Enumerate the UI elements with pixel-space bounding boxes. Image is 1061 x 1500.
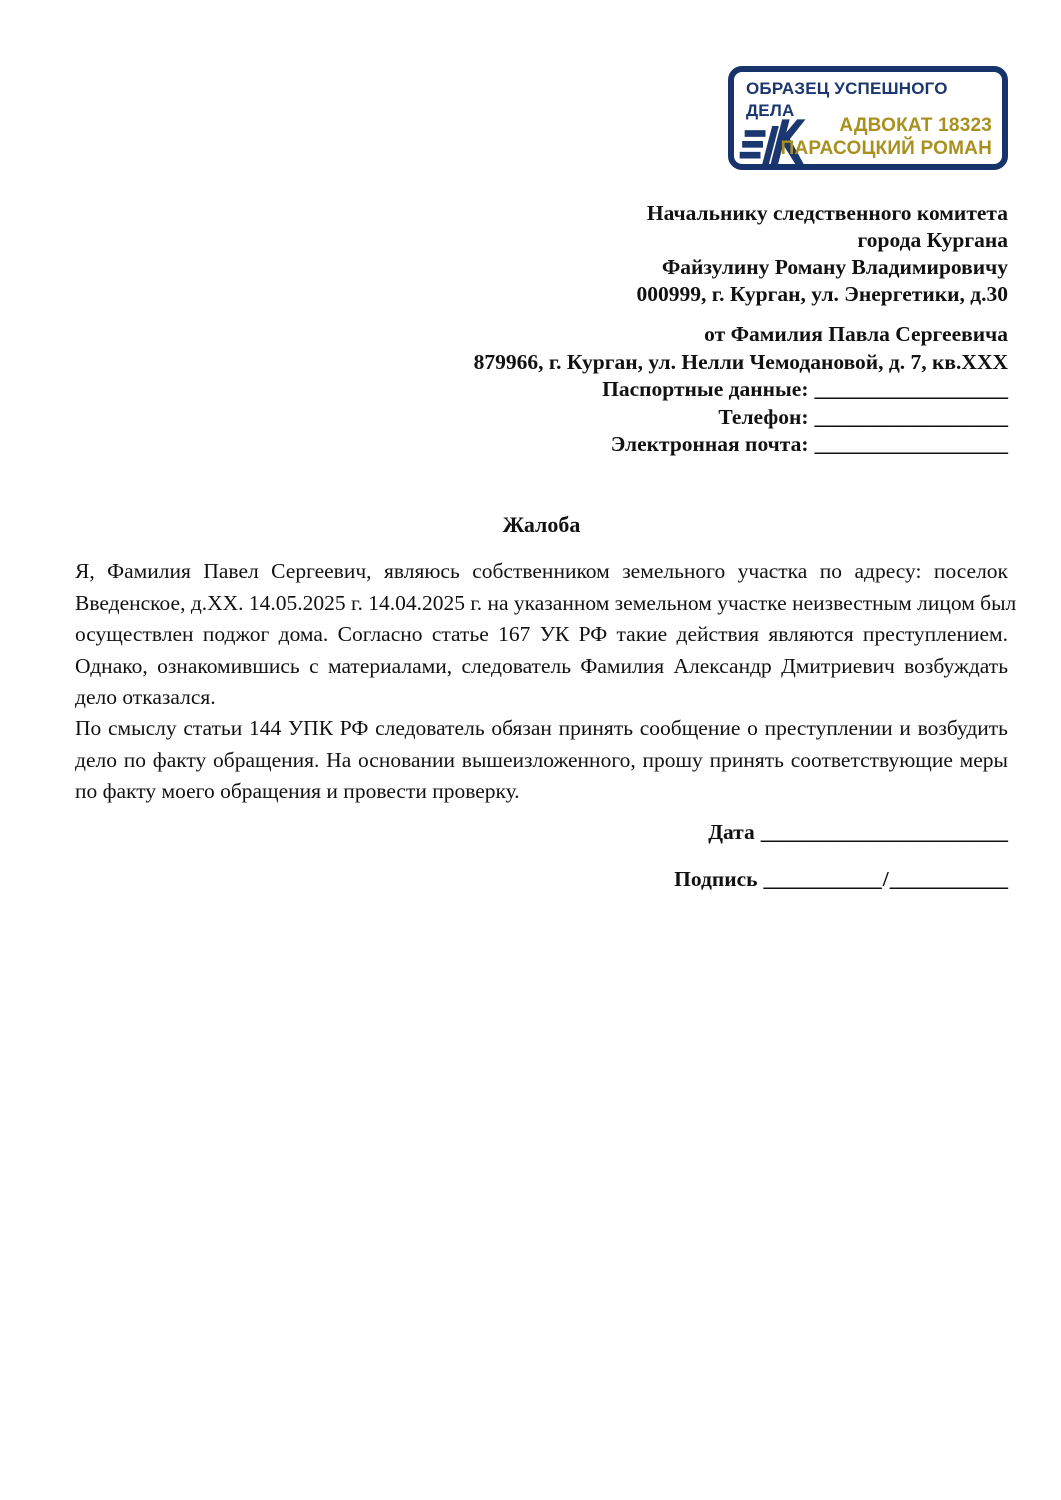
body-line: по факту моего обращения и провести пров… xyxy=(75,776,1008,808)
signature-name-blank-line: ___________ xyxy=(890,867,1008,891)
signature-label: Подпись xyxy=(674,867,757,891)
addressee-block: Начальнику следственного комитета города… xyxy=(637,200,1009,308)
applicant-block: от Фамилия Павла Сергеевича 879966, г. К… xyxy=(474,321,1008,459)
signature-field: Подпись___________/___________ xyxy=(674,867,1008,892)
complaint-paragraph-2: По смыслу статьи 144 УПК РФ следователь … xyxy=(75,713,1008,808)
slash-separator: / xyxy=(883,867,889,891)
passport-field-label: Паспортные данные: xyxy=(602,377,808,401)
advocate-name: ПАРАСОЦКИЙ РОМАН xyxy=(781,137,992,160)
body-line: Введенское, д.XX. 14.05.2025 г. 14.04.20… xyxy=(75,588,1008,620)
passport-field: Паспортные данные:__________________ xyxy=(474,376,1008,404)
lawyer-stamp: ОБРАЗЕЦ УСПЕШНОГО ДЕЛА АДВОКАТ 18323 ПАР… xyxy=(728,66,1008,170)
body-line: дело отказался. xyxy=(75,682,1008,714)
body-line: Однако, ознакомившись с материалами, сле… xyxy=(75,651,1008,683)
addressee-line: Начальнику следственного комитета xyxy=(637,200,1009,227)
email-field-label: Электронная почта: xyxy=(611,432,809,456)
addressee-line: Файзулину Роману Владимировичу xyxy=(637,254,1009,281)
body-line: осуществлен поджог дома. Согласно статье… xyxy=(75,619,1008,651)
applicant-from-line: от Фамилия Павла Сергеевича xyxy=(474,321,1008,349)
date-blank-line: _______________________ xyxy=(761,820,1008,844)
email-field: Электронная почта:__________________ xyxy=(474,431,1008,459)
passport-blank-line: __________________ xyxy=(815,377,1009,401)
advocate-number: АДВОКАТ 18323 xyxy=(781,114,992,137)
phone-field-label: Телефон: xyxy=(718,405,808,429)
body-line: Я, Фамилия Павел Сергеевич, являюсь собс… xyxy=(75,556,1008,588)
addressee-line: 000999, г. Курган, ул. Энергетики, д.30 xyxy=(637,281,1009,308)
addressee-line: города Кургана xyxy=(637,227,1009,254)
body-line: По смыслу статьи 144 УПК РФ следователь … xyxy=(75,713,1008,745)
date-field: Дата_______________________ xyxy=(708,820,1008,845)
phone-blank-line: __________________ xyxy=(815,405,1009,429)
advocate-info: АДВОКАТ 18323 ПАРАСОЦКИЙ РОМАН xyxy=(781,114,992,160)
signature-blank-line: ___________ xyxy=(764,867,882,891)
applicant-address-line: 879966, г. Курган, ул. Нелли Чемодановой… xyxy=(474,349,1008,377)
document-page: ОБРАЗЕЦ УСПЕШНОГО ДЕЛА АДВОКАТ 18323 ПАР… xyxy=(0,0,1061,1500)
phone-field: Телефон:__________________ xyxy=(474,404,1008,432)
complaint-paragraph-1: Я, Фамилия Павел Сергеевич, являюсь собс… xyxy=(75,556,1008,714)
date-label: Дата xyxy=(708,820,755,844)
stamp-slogan-line1: ОБРАЗЕЦ УСПЕШНОГО xyxy=(746,79,948,99)
email-blank-line: __________________ xyxy=(815,432,1009,456)
body-line: дело по факту обращения. На основании вы… xyxy=(75,745,1008,777)
document-title: Жалоба xyxy=(75,512,1008,538)
